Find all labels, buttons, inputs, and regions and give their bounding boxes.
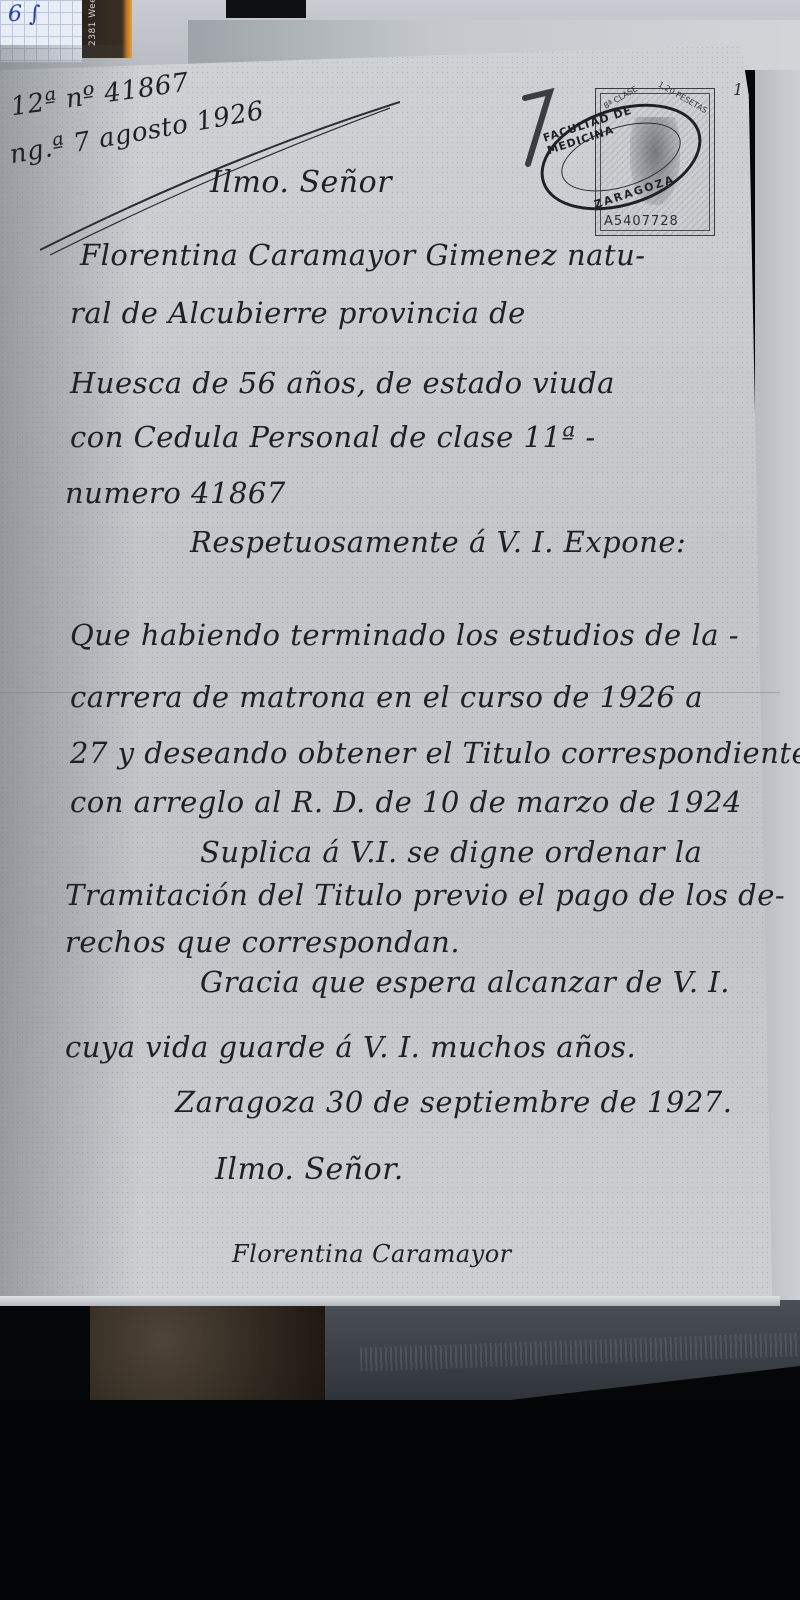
- stamp-serial: A5407728: [604, 214, 679, 229]
- dark-object: [226, 0, 306, 18]
- body-line: cuya vida guarde á V. I. muchos años.: [65, 1030, 636, 1064]
- body-line: Zaragoza 30 de septiembre de 1927.: [175, 1085, 732, 1119]
- body-line: Suplica á V.I. se digne ordenar la: [200, 835, 702, 869]
- folio-number: 1: [733, 80, 743, 99]
- body-line: numero 41867: [65, 476, 286, 510]
- body-line: rechos que correspondan.: [65, 925, 460, 959]
- body-line: Tramitación del Titulo previo el pago de…: [65, 878, 785, 912]
- paper-bottom-edge: [0, 1296, 780, 1306]
- dark-table-area: [0, 1400, 800, 1600]
- body-line: carrera de matrona en el curso de 1926 a: [70, 680, 703, 714]
- signature: Florentina Caramayor: [232, 1240, 512, 1268]
- body-line: con Cedula Personal de clase 11ª -: [70, 420, 596, 454]
- salutation: Ilmo. Señor: [210, 165, 392, 200]
- body-line: ral de Alcubierre provincia de: [70, 296, 526, 330]
- body-line: Respetuosamente á V. I. Expone:: [190, 525, 686, 559]
- body-line: Gracia que espera alcanzar de V. I.: [200, 965, 730, 999]
- closing-salutation: Ilmo. Señor.: [215, 1152, 404, 1187]
- body-line: Huesca de 56 años, de estado viuda: [70, 366, 615, 400]
- body-line: con arreglo al R. D. de 10 de marzo de 1…: [70, 785, 742, 819]
- notebook-label: 2381 Weel: [88, 0, 98, 46]
- body-line: Que habiendo terminado los estudios de l…: [70, 618, 739, 652]
- notepad-scribble: 6 ∫: [8, 2, 40, 27]
- body-line: Florentina Caramayor Gimenez natu-: [80, 238, 646, 272]
- cork-surface: [90, 1300, 330, 1400]
- body-line: 27 y deseando obtener el Titulo correspo…: [70, 736, 800, 770]
